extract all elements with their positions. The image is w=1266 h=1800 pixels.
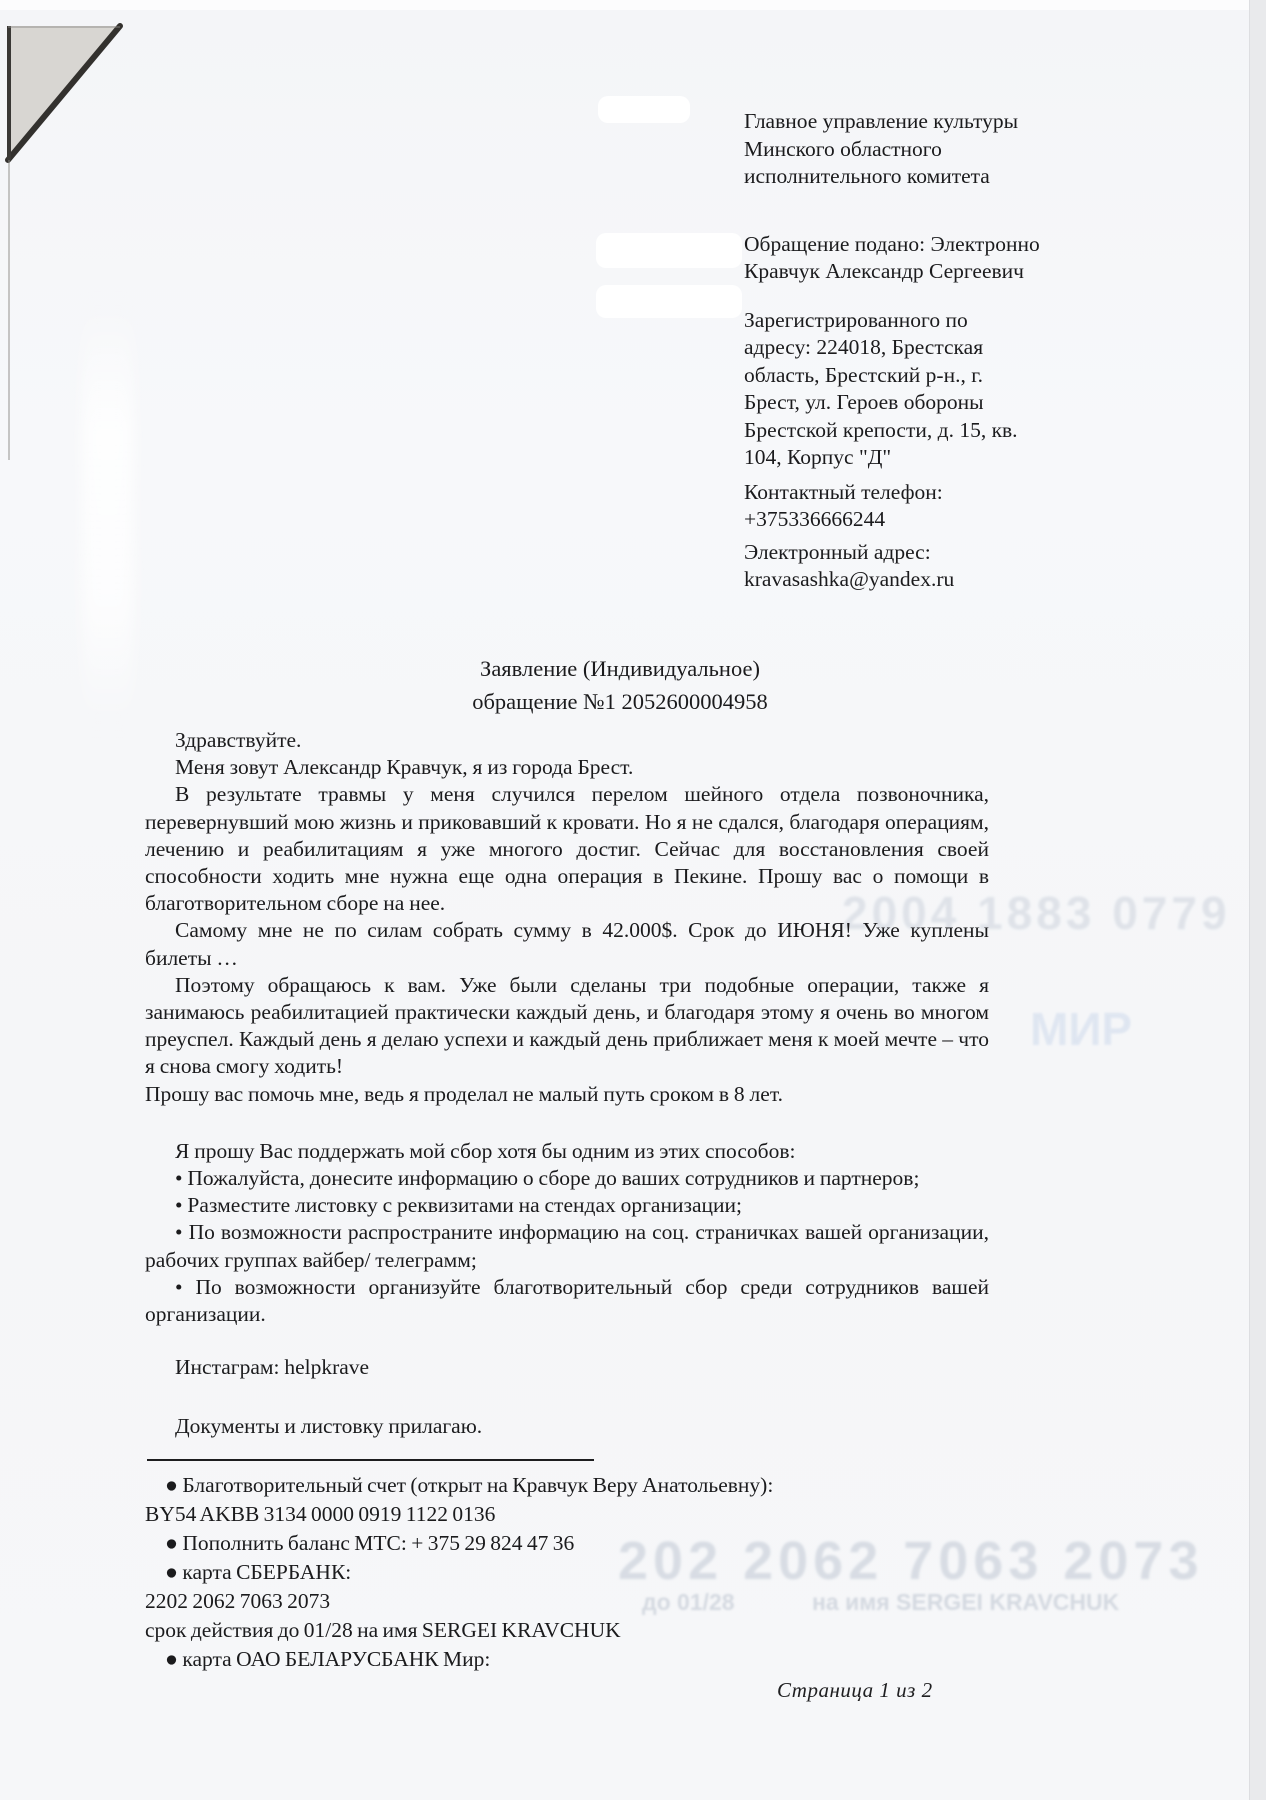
submission-info: Обращение подано: Электронно Кравчук Але… [744,231,1060,286]
page-number: Страница 1 из 2 [777,1678,933,1703]
recipient-org-line: Главное управление культуры [744,108,1060,136]
recipient-org-line: исполнительного комитета [744,163,1060,191]
scan-edge-right [1249,0,1266,1800]
email-label: Электронный адрес: [744,539,1060,567]
spacer [145,1328,989,1354]
spacer [145,1108,989,1138]
support-intro-line: Я прошу Вас поддержать мой сбор хотя бы … [145,1138,989,1165]
recipient-organization: Главное управление культуры Минского обл… [744,108,1060,191]
sberbank-card-label: ● карта СБЕРБАНК: [145,1558,989,1587]
requisites-block: ● Благотворительный счет (открыт на Крав… [145,1471,989,1674]
document-title: Заявление (Индивидуальное) обращение №1 … [300,652,940,718]
address-line: адресу: 224018, Брестская [744,334,1060,362]
charity-account-label: ● Благотворительный счет (открыт на Крав… [145,1471,989,1500]
card-validity-line: срок действия до 01/28 на имя SERGEI KRA… [145,1616,989,1645]
title-line-1: Заявление (Индивидуальное) [300,652,940,685]
bleed-through-mir-logo: МИР [1030,1002,1132,1056]
paragraph-request: Прошу вас помочь мне, ведь я проделал не… [145,1081,989,1108]
support-bullet-4-line1: • По возможности организуйте благотворит… [145,1274,989,1301]
charity-account-iban: BY54 AKBB 3134 0000 0919 1122 0136 [145,1500,989,1529]
whiteout-patch [596,285,742,318]
address-line: область, Брестский р-н., г. [744,362,1060,390]
applicant-address: Зарегистрированного по адресу: 224018, Б… [744,307,1060,472]
phone-label: Контактный телефон: [744,479,1060,507]
applicant-name-line: Кравчук Александр Сергеевич [744,258,1060,286]
address-line: Брест, ул. Героев обороны [744,389,1060,417]
email-value: kravasashka@yandex.ru [744,566,1060,594]
title-line-2: обращение №1 2052600004958 [300,685,940,718]
spacer [145,1381,989,1413]
letter-body: Здравствуйте. Меня зовут Александр Кравч… [145,727,989,1674]
belarusbank-card-label: ● карта ОАО БЕЛАРУСБАНК Мир: [145,1645,989,1674]
whiteout-patch [596,233,742,268]
scanned-page: 2004 1883 0779 МИР 202 2062 7063 2073 до… [0,0,1266,1800]
phone-value: +375336666244 [744,506,1060,534]
paragraph-sum-line1: Самому мне не по силам собрать сумму в 4… [145,917,989,944]
submission-method-line: Обращение подано: Электронно [744,231,1060,259]
folded-corner [0,0,220,480]
contact-email: Электронный адрес: kravasashka@yandex.ru [744,539,1060,594]
requisites-divider [147,1459,594,1461]
support-bullet-3: • По возможности распространите информац… [145,1219,989,1273]
intro-line: Меня зовут Александр Кравчук, я из город… [145,754,989,781]
recipient-org-line: Минского областного [744,136,1060,164]
support-bullet-4-line2: организации. [145,1301,989,1328]
contact-phone: Контактный телефон: +375336666244 [744,479,1060,534]
address-line: Зарегистрированного по [744,307,1060,335]
mts-topup-line: ● Пополнить баланс МТС: + 375 29 824 47 … [145,1529,989,1558]
instagram-line: Инстаграм: helpkrave [145,1354,989,1381]
recipient-block: Главное управление культуры Минского обл… [744,108,1060,594]
address-line: Брестской крепости, д. 15, кв. [744,417,1060,445]
documents-line: Документы и листовку прилагаю. [145,1413,989,1440]
support-bullet-1: • Пожалуйста, донесите информацию о сбор… [145,1165,989,1192]
support-bullet-2: • Разместите листовку с реквизитами на с… [145,1192,989,1219]
address-line: 104, Корпус "Д" [744,444,1060,472]
paragraph-injury: В результате травмы у меня случился пере… [145,781,989,917]
greeting-line: Здравствуйте. [145,727,989,754]
paragraph-sum-line2: билеты … [145,945,989,972]
paragraph-progress: Поэтому обращаюсь к вам. Уже были сделан… [145,972,989,1081]
whiteout-patch [598,96,690,123]
sberbank-card-number: 2202 2062 7063 2073 [145,1587,989,1616]
